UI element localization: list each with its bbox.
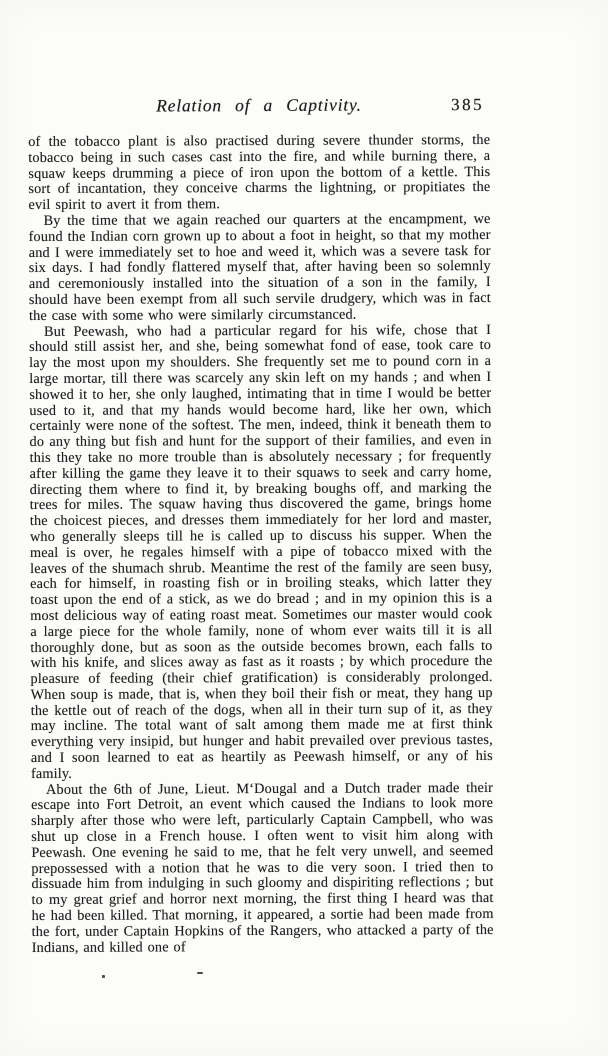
- paragraph: of the tobacco plant is also practised d…: [28, 133, 490, 214]
- scan-speck: [197, 972, 203, 974]
- page-title: Relation of a Captivity.: [28, 94, 490, 117]
- scan-speck: [102, 975, 105, 978]
- scanned-book-page: Relation of a Captivity. 385 of the toba…: [0, 0, 608, 1056]
- text-column: Relation of a Captivity. 385 of the toba…: [28, 94, 494, 956]
- paragraph: By the time that we again reached our qu…: [29, 212, 491, 325]
- running-header: Relation of a Captivity. 385: [28, 94, 490, 120]
- paragraph: But Peewash, who had a particular regard…: [29, 323, 493, 783]
- body-text: of the tobacco plant is also practised d…: [28, 133, 494, 956]
- page-number: 385: [451, 95, 484, 115]
- paragraph: About the 6th of June, Lieut. M‘Dougal a…: [31, 781, 494, 957]
